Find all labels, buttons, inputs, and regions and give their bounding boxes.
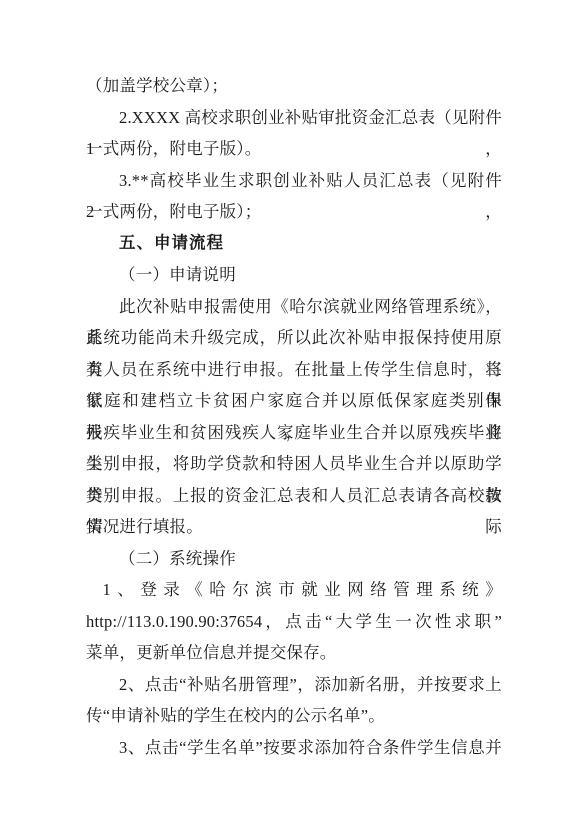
doc-line: 类人员在系统中进行申报。在批量上传学生信息时，将低保 bbox=[86, 354, 502, 386]
section-heading-application-process: 五、申请流程 bbox=[86, 228, 502, 260]
document-body: （加盖学校公章）； 2.XXXX 高校求职创业补贴审批资金汇总表（见附件 1 ，… bbox=[86, 70, 502, 763]
doc-line: 类别申报。上报的资金汇总表和人员汇总表请各高校按实际 bbox=[86, 480, 502, 512]
subsection-heading-system-operation: （二）系统操作 bbox=[86, 543, 502, 575]
doc-line: 传“申请补贴的学生在校内的公示名单”。 bbox=[86, 700, 502, 732]
doc-line-attachment-1: 2.XXXX 高校求职创业补贴审批资金汇总表（见附件 1 ， bbox=[86, 102, 502, 134]
doc-line-step-2: 2、点击“补贴名册管理”，添加新名册，并按要求上 bbox=[86, 669, 502, 701]
doc-line: 残疾毕业生和贫困残疾人家庭毕业生合并以原残疾毕业生 bbox=[86, 417, 502, 449]
doc-line: 此次补贴申报需使用《哈尔滨就业网络管理系统》，此 bbox=[86, 291, 502, 323]
doc-line: （加盖学校公章）； bbox=[86, 70, 502, 102]
doc-line: 系统功能尚未升级完成，所以此次补贴申报保持使用原有三 bbox=[86, 322, 502, 354]
doc-line-system-url: http://113.0.190.90:37654，点击“大学生一次性求职” bbox=[86, 606, 502, 638]
doc-line-step-1: 1、登录《哈尔滨市就业网络管理系统》 bbox=[86, 574, 502, 606]
doc-line-step-3: 3、点击“学生名单”按要求添加符合条件学生信息并 bbox=[86, 732, 502, 764]
doc-line-attachment-2: 3.**高校毕业生求职创业补贴人员汇总表（见附件 2， bbox=[86, 165, 502, 197]
doc-line: 家庭和建档立卡贫困户家庭合并以原低保家庭类别申报，将 bbox=[86, 385, 502, 417]
subsection-heading-application-notes: （一）申请说明 bbox=[86, 259, 502, 291]
doc-line: 类别申报，将助学贷款和特困人员毕业生合并以原助学贷款 bbox=[86, 448, 502, 480]
doc-line: 菜单，更新单位信息并提交保存。 bbox=[86, 637, 502, 669]
document-page: （加盖学校公章）； 2.XXXX 高校求职创业补贴审批资金汇总表（见附件 1 ，… bbox=[0, 0, 587, 828]
